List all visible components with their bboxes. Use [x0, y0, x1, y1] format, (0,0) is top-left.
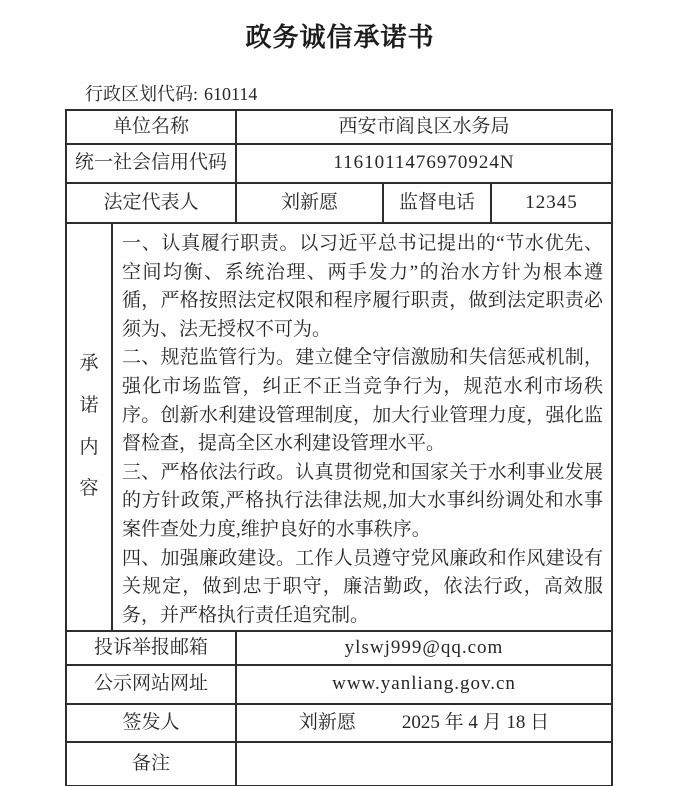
- commitment-paragraph-4: 四、加强廉政建设。工作人员遵守党风廉政和作风建设有关规定，做到忠于职守，廉洁勤政…: [122, 545, 603, 631]
- complaint-email-label: 投诉举报邮箱: [67, 632, 237, 664]
- admin-division-code: 行政区划代码:610114: [85, 80, 257, 106]
- admin-division-code-label: 行政区划代码:: [85, 84, 198, 104]
- commitment-label: 承 诺 内 容: [67, 224, 113, 630]
- table-row-credit-code: 统一社会信用代码 1161011476970924N: [67, 145, 611, 184]
- commitment-paragraph-2: 二、规范监管行为。建立健全守信激励和失信惩戒机制，强化市场监管，纠正不正当竞争行…: [122, 344, 603, 458]
- supervision-phone-value: 12345: [492, 184, 611, 222]
- table-row-commitment: 承 诺 内 容 一、认真履行职责。以习近平总书记提出的“节水优先、空间均衡、系统…: [67, 224, 611, 632]
- unit-name-value: 西安市阎良区水务局: [237, 111, 611, 143]
- commitment-paragraph-3: 三、严格依法行政。认真贯彻党和国家关于水利事业发展的方针政策,严格执行法律法规,…: [122, 459, 603, 545]
- remark-label: 备注: [67, 743, 237, 785]
- commitment-label-char: 诺: [79, 395, 98, 418]
- commitment-paragraph-1: 一、认真履行职责。以习近平总书记提出的“节水优先、空间均衡、系统治理、两手发力”…: [122, 230, 603, 344]
- commitment-label-char: 容: [79, 478, 98, 501]
- credit-code-label: 统一社会信用代码: [67, 145, 237, 182]
- legal-rep-value: 刘新愿: [237, 184, 384, 222]
- issuer-name: 刘新愿: [299, 712, 356, 735]
- website-label: 公示网站网址: [67, 666, 237, 703]
- commitment-label-char: 承: [79, 353, 98, 376]
- unit-name-label: 单位名称: [67, 111, 237, 143]
- document-page: 政务诚信承诺书 行政区划代码:610114 单位名称 西安市阎良区水务局 统一社…: [0, 0, 680, 786]
- table-row-website: 公示网站网址 www.yanliang.gov.cn: [67, 666, 611, 705]
- page-title: 政务诚信承诺书: [0, 17, 680, 54]
- commitment-label-char: 内: [79, 437, 98, 460]
- table-row-legal-rep: 法定代表人 刘新愿 监督电话 12345: [67, 184, 611, 224]
- legal-rep-label: 法定代表人: [67, 184, 237, 222]
- remark-value: [237, 743, 611, 785]
- table-row-complaint-email: 投诉举报邮箱 ylswj999@qq.com: [67, 632, 611, 666]
- table-row-issuer: 签发人 刘新愿 2025 年 4 月 18 日: [67, 705, 611, 743]
- supervision-phone-label: 监督电话: [384, 184, 492, 222]
- credit-code-value: 1161011476970924N: [237, 145, 611, 182]
- issue-date: 2025 年 4 月 18 日: [402, 712, 549, 735]
- website-value: www.yanliang.gov.cn: [237, 666, 611, 703]
- table-row-unit-name: 单位名称 西安市阎良区水务局: [67, 111, 611, 145]
- issuer-label: 签发人: [67, 705, 237, 741]
- issuer-value: 刘新愿 2025 年 4 月 18 日: [237, 705, 611, 741]
- admin-division-code-value: 610114: [204, 84, 257, 104]
- table-row-remark: 备注: [67, 743, 611, 785]
- commitment-content: 一、认真履行职责。以习近平总书记提出的“节水优先、空间均衡、系统治理、两手发力”…: [113, 224, 611, 630]
- commitment-table: 单位名称 西安市阎良区水务局 统一社会信用代码 1161011476970924…: [65, 109, 613, 786]
- complaint-email-value: ylswj999@qq.com: [237, 632, 611, 664]
